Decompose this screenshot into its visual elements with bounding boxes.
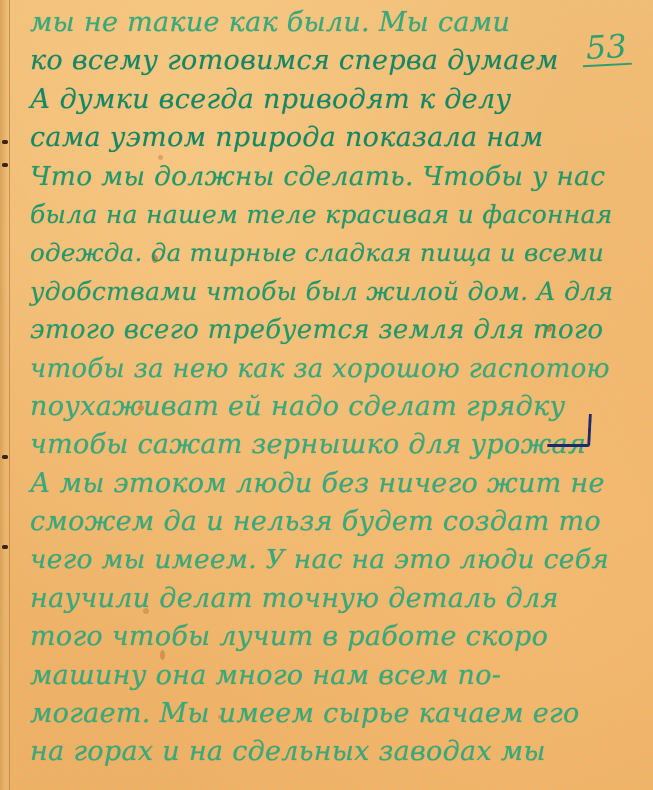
handwritten-text-block: мы не такие как были. Мы сами ко всему г… xyxy=(30,4,613,772)
text-line: ко всему готовимся сперва думаем xyxy=(30,42,613,80)
text-line: чтобы за нею как за хорошою гаспотою xyxy=(30,350,613,388)
binding-hole xyxy=(2,163,8,167)
text-line: того чтобы лучит в работе скоро xyxy=(30,618,613,656)
text-line: научили делат точную деталь для xyxy=(30,580,613,618)
text-line: чтобы сажат зернышко для урожая xyxy=(30,426,613,464)
text-line: одежда. да тирные сладкая пища и всеми xyxy=(30,234,613,272)
text-line: удобствами чтобы был жилой дом. А для xyxy=(30,273,613,311)
text-line: этого всего требуется земля для того xyxy=(30,311,613,349)
text-line: поухаживат ей надо сделат грядку xyxy=(30,388,613,426)
text-line: на горах и на сдельных заводах мы xyxy=(30,733,613,771)
text-line: чего мы имеем. У нас на это люди себя xyxy=(30,541,613,579)
binding-hole xyxy=(2,140,8,144)
binding-hole xyxy=(2,545,8,549)
text-line: Что мы должны сделать. Чтобы у нас xyxy=(30,158,613,196)
blue-bracket-annotation xyxy=(547,414,592,447)
binding-hole xyxy=(2,455,8,459)
text-line: могает. Мы имеем сырье качаем его xyxy=(30,695,613,733)
text-line: машину она много нам всем по- xyxy=(30,657,613,695)
text-line: А мы этоком люди без ничего жит не xyxy=(30,465,613,503)
text-line: была на нашем теле красивая и фасонная xyxy=(30,196,613,234)
text-line: сможем да и нельзя будет создат то xyxy=(30,503,613,541)
text-line: А думки всегда приводят к делу xyxy=(30,81,613,119)
text-line: мы не такие как были. Мы сами xyxy=(30,4,613,42)
text-line: сама уэтом природа показала нам xyxy=(30,119,613,157)
manuscript-page: 53 мы не такие как были. Мы сами ко всем… xyxy=(0,0,653,790)
page-binding-edge xyxy=(0,0,10,790)
